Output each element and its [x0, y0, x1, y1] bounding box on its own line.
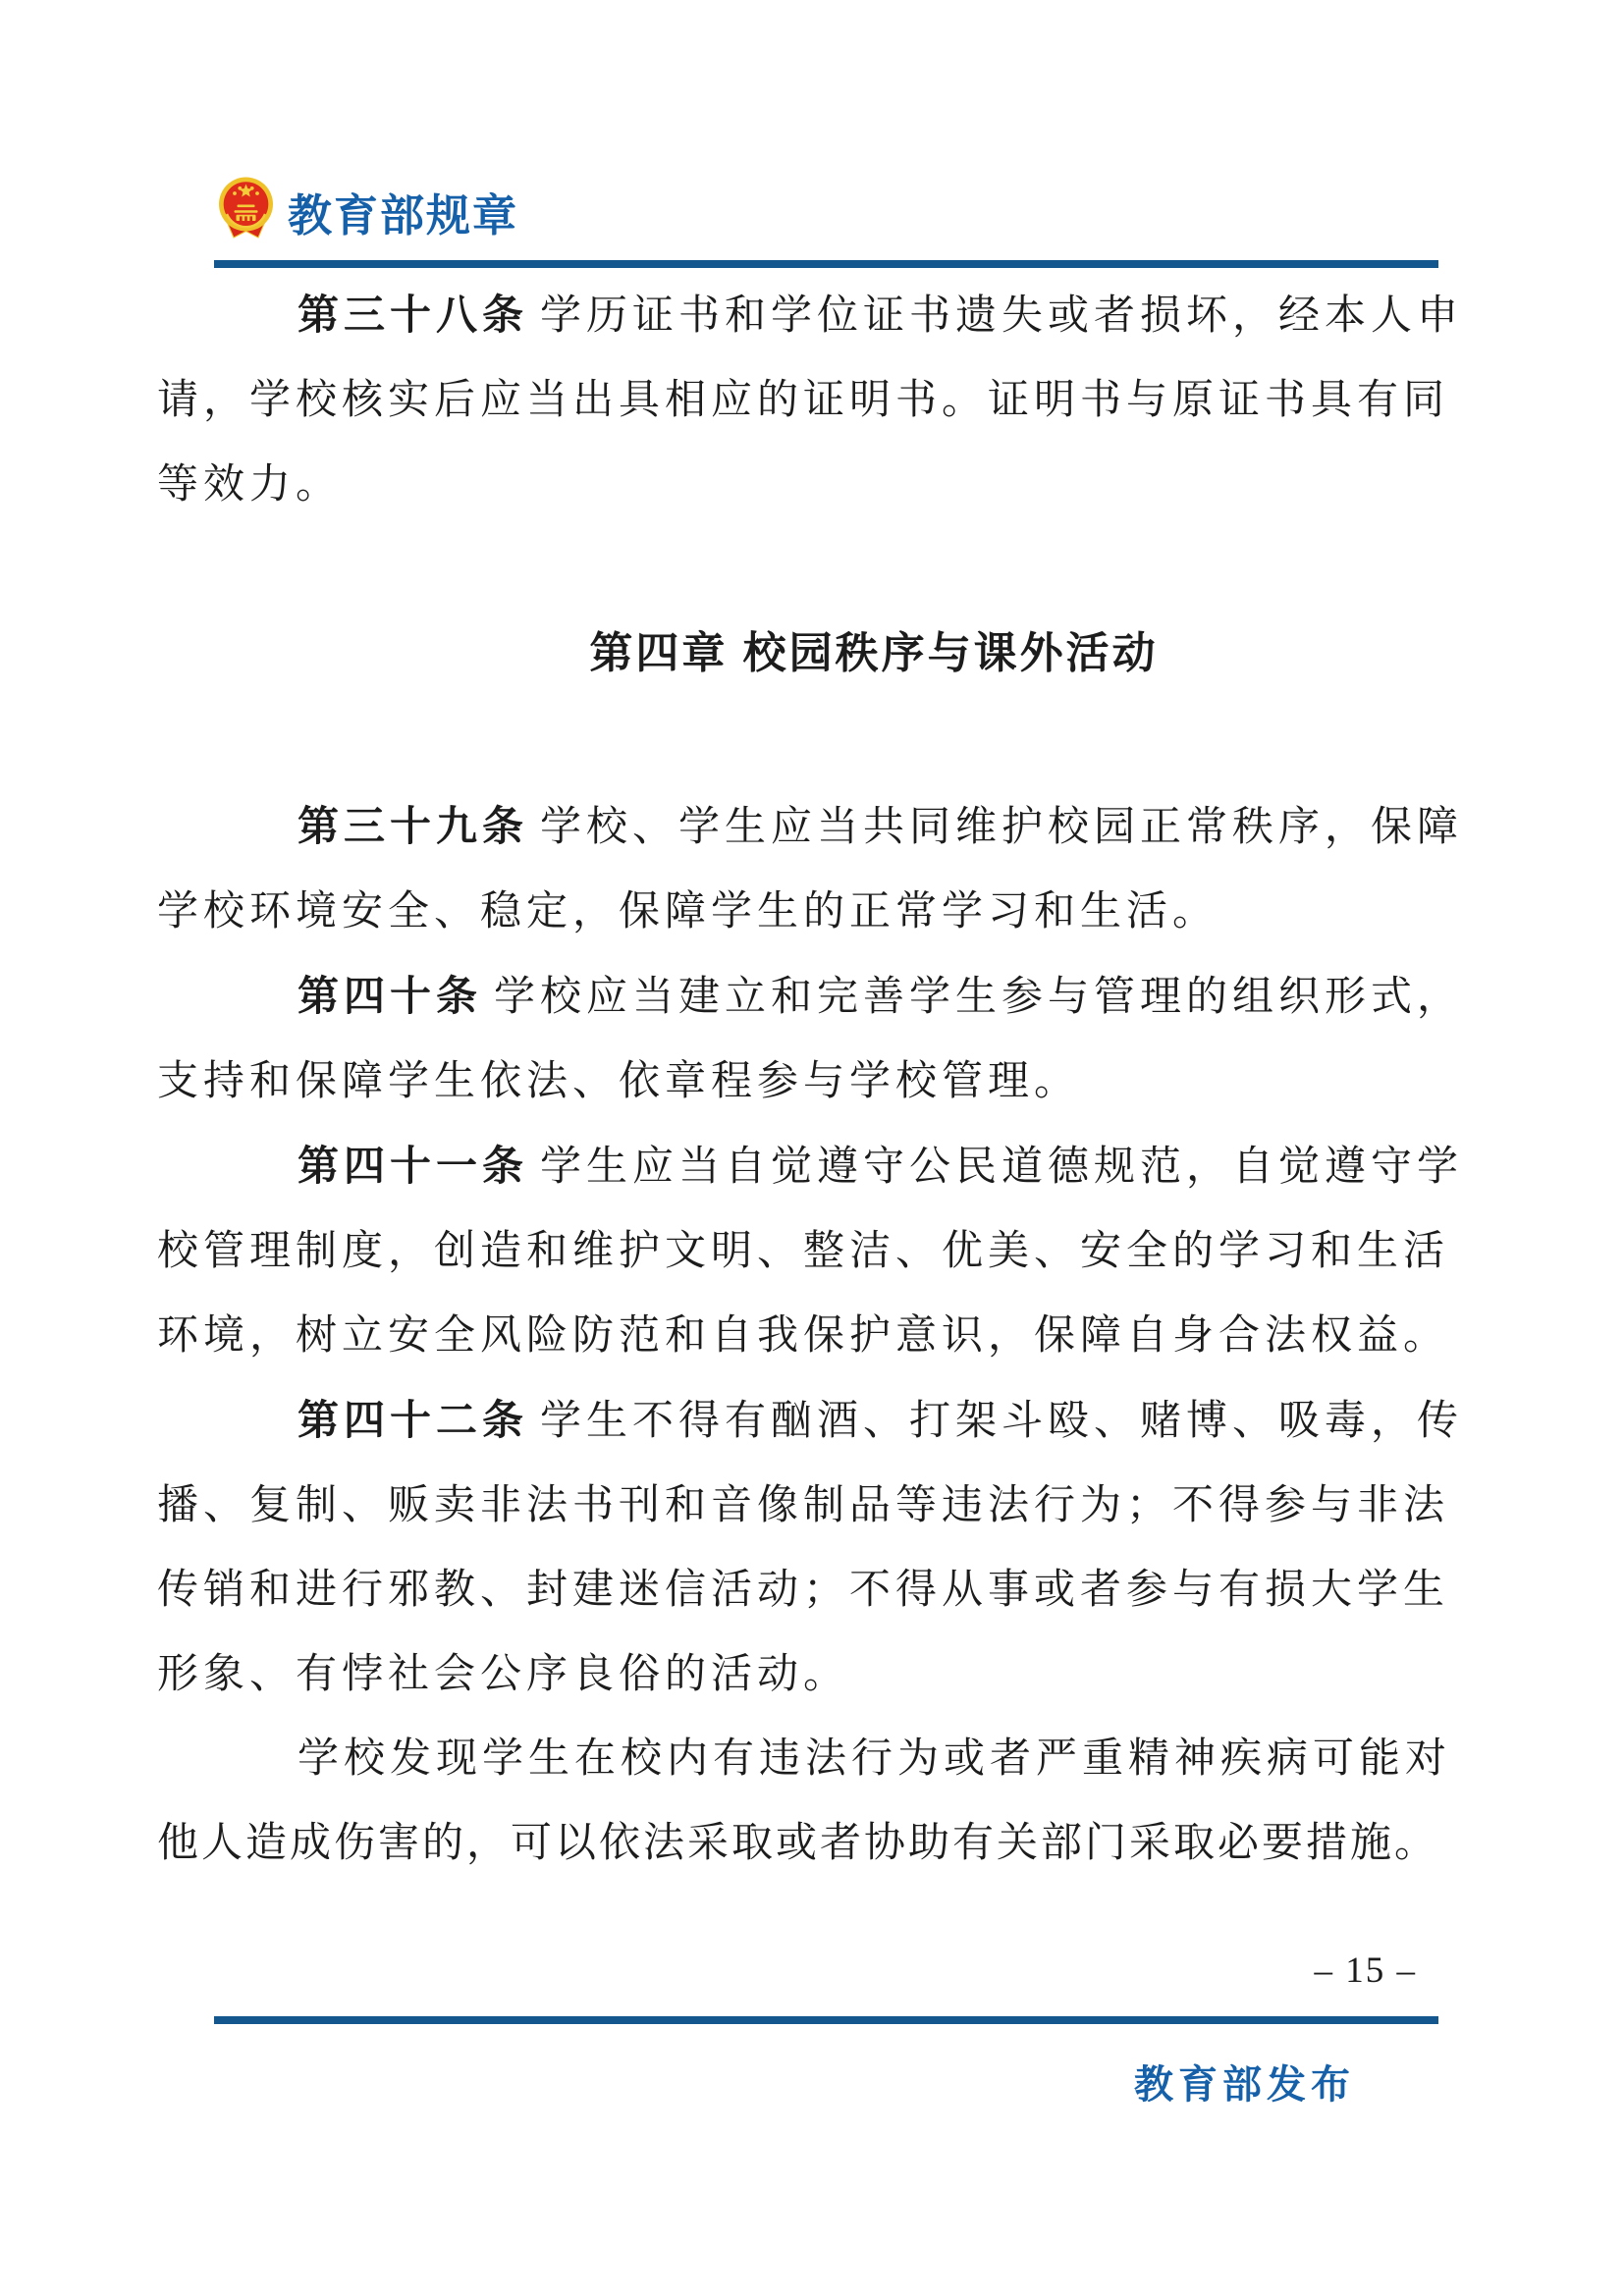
- text-line: 第四十一条学生应当自觉遵守公民道德规范，自觉遵守学: [157, 1124, 1473, 1209]
- footer-divider: [214, 2016, 1438, 2024]
- article-text: 学生应当自觉遵守公民道德规范，自觉遵守学: [540, 1145, 1463, 1190]
- text-line: 第四十条学校应当建立和完善学生参与管理的组织形式，: [157, 954, 1473, 1040]
- article-paragraph: 第四十二条学生不得有酗酒、打架斗殴、赌博、吸毒，传播、复制、贩卖非法书刊和音像制…: [157, 1378, 1473, 1717]
- publisher-label: 教育部发布: [1134, 2054, 1355, 2109]
- document-body: 第三十八条学历证书和学位证书遗失或者损坏，经本人申请，学校核实后应当出具相应的证…: [157, 273, 1473, 1886]
- body-paragraph: 学校发现学生在校内有违法行为或者严重精神疾病可能对他人造成伤害的，可以依法采取或…: [157, 1717, 1473, 1886]
- text-line: 等效力。: [157, 443, 1473, 527]
- article-text: 学历证书和学位证书遗失或者损坏，经本人申: [540, 294, 1463, 339]
- article-text: 学生不得有酗酒、打架斗殴、赌博、吸毒，传: [540, 1399, 1463, 1444]
- text-line: 传销和进行邪教、封建迷信活动；不得从事或者参与有损大学生: [157, 1548, 1473, 1632]
- text-line: 请，学校核实后应当出具相应的证明书。证明书与原证书具有同: [157, 358, 1473, 443]
- article-paragraph: 第三十九条学校、学生应当共同维护校园正常秩序，保障学校环境安全、稳定，保障学生的…: [157, 784, 1473, 954]
- article-paragraph: 第四十一条学生应当自觉遵守公民道德规范，自觉遵守学校管理制度，创造和维护文明、整…: [157, 1124, 1473, 1378]
- article-paragraph: 第四十条学校应当建立和完善学生参与管理的组织形式，支持和保障学生依法、依章程参与…: [157, 954, 1473, 1124]
- article-text: 学校应当建立和完善学生参与管理的组织形式，: [494, 975, 1463, 1020]
- text-line: 学校环境安全、稳定，保障学生的正常学习和生活。: [157, 870, 1473, 954]
- text-line: 形象、有悖社会公序良俗的活动。: [157, 1632, 1473, 1717]
- text-line: 学校发现学生在校内有违法行为或者严重精神疾病可能对: [157, 1717, 1473, 1801]
- agency-badge-title: 教育部规章: [288, 180, 518, 243]
- article-text: 学校、学生应当共同维护校园正常秩序，保障: [540, 805, 1463, 850]
- text-line: 第四十二条学生不得有酗酒、打架斗殴、赌博、吸毒，传: [157, 1378, 1473, 1464]
- article-number: 第三十八条: [298, 292, 528, 338]
- article-number: 第三十九条: [298, 803, 528, 849]
- page-number: – 15 –: [1315, 1949, 1418, 1992]
- chapter-heading: 第四章 校园秩序与课外活动: [157, 623, 1473, 684]
- text-line: 第三十九条学校、学生应当共同维护校园正常秩序，保障: [157, 784, 1473, 870]
- article-number: 第四十一条: [298, 1143, 528, 1189]
- text-line: 播、复制、贩卖非法书刊和音像制品等违法行为；不得参与非法: [157, 1464, 1473, 1548]
- article-number: 第四十二条: [298, 1397, 528, 1443]
- text-line: 第三十八条学历证书和学位证书遗失或者损坏，经本人申: [157, 273, 1473, 358]
- header-divider: [214, 260, 1438, 268]
- national-emblem-icon: [218, 177, 274, 240]
- article-paragraph: 第三十八条学历证书和学位证书遗失或者损坏，经本人申请，学校核实后应当出具相应的证…: [157, 273, 1473, 527]
- text-line: 环境，树立安全风险防范和自我保护意识，保障自身合法权益。: [157, 1294, 1473, 1378]
- text-line: 校管理制度，创造和维护文明、整洁、优美、安全的学习和生活: [157, 1209, 1473, 1294]
- article-number: 第四十条: [298, 973, 482, 1019]
- text-line: 支持和保障学生依法、依章程参与学校管理。: [157, 1040, 1473, 1124]
- text-line: 他人造成伤害的，可以依法采取或者协助有关部门采取必要措施。: [157, 1801, 1473, 1886]
